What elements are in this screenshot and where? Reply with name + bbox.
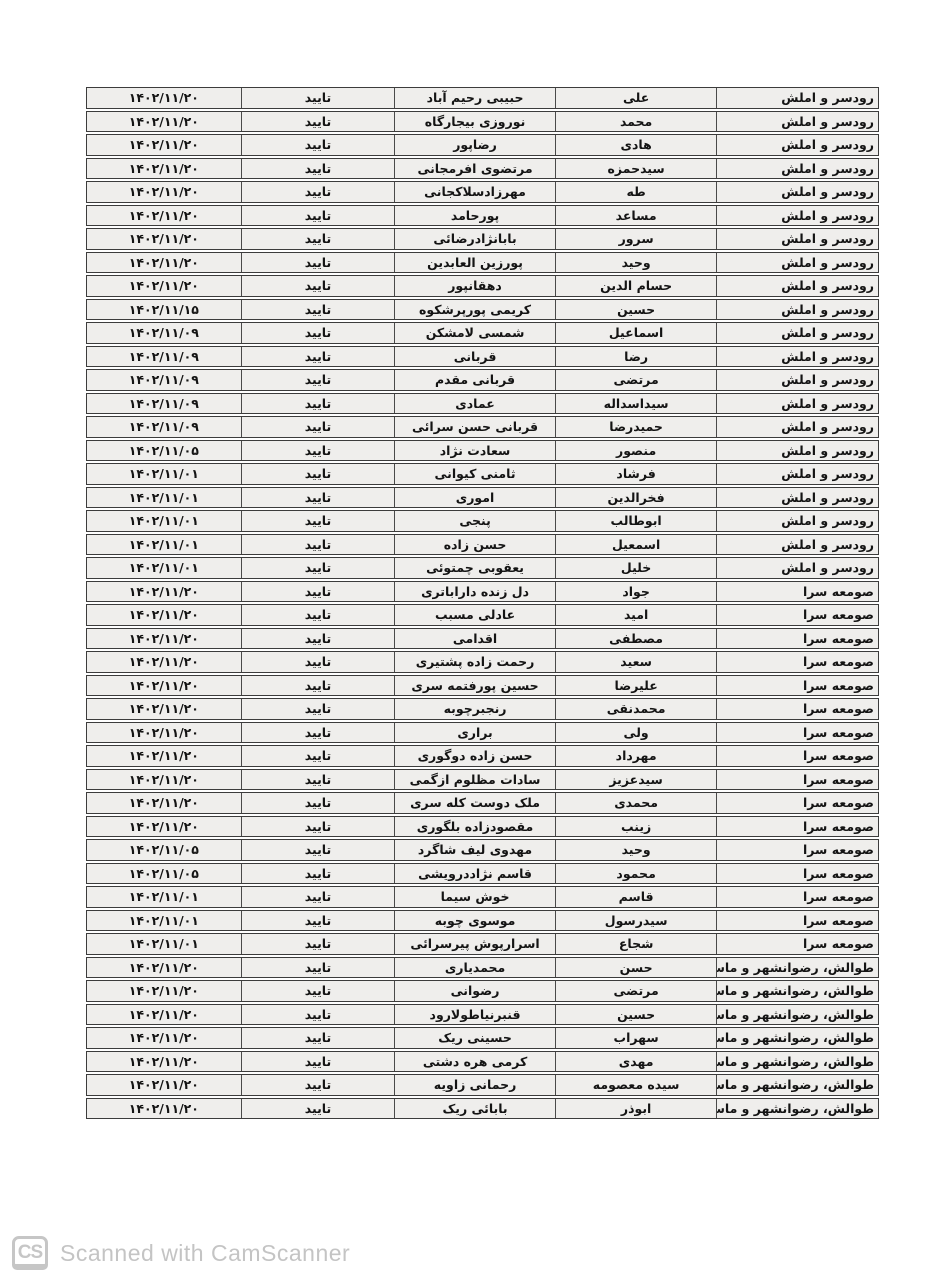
date-cell: ۱۴۰۲/۱۱/۲۰ (87, 88, 241, 108)
last-name-cell: قربانی (394, 347, 555, 367)
region-cell: رودسر و املش (716, 558, 878, 578)
first-name-cell: سعید (555, 652, 717, 672)
table-row: رودسر و املش ابوطالب پنجی تایید ۱۴۰۲/۱۱/… (86, 510, 879, 532)
last-name-cell: پورحامد (394, 206, 555, 226)
status-cell: تایید (241, 394, 395, 414)
date-cell: ۱۴۰۲/۱۱/۲۰ (87, 770, 241, 790)
last-name-cell: محمدیاری (394, 958, 555, 978)
status-cell: تایید (241, 629, 395, 649)
region-cell: صومعه سرا (716, 676, 878, 696)
first-name-cell: حسین (555, 300, 717, 320)
table-row: صومعه سرا سعید رحمت زاده پشتیری تایید ۱۴… (86, 651, 879, 673)
status-cell: تایید (241, 370, 395, 390)
table-row: صومعه سرا محمدی ملک دوست کله سری تایید ۱… (86, 792, 879, 814)
region-cell: رودسر و املش (716, 253, 878, 273)
table-row: طوالش، رضوانشهر و ماسال حسن محمدیاری تای… (86, 957, 879, 979)
table-row: رودسر و املش فرشاد ثامنی کیوانی تایید ۱۴… (86, 463, 879, 485)
table-row: رودسر و املش منصور سعادت نژاد تایید ۱۴۰۲… (86, 440, 879, 462)
table-row: رودسر و املش رضا قربانی تایید ۱۴۰۲/۱۱/۰۹ (86, 346, 879, 368)
table-row: رودسر و املش علی حبیبی رحیم آباد تایید ۱… (86, 87, 879, 109)
status-cell: تایید (241, 793, 395, 813)
status-cell: تایید (241, 652, 395, 672)
status-cell: تایید (241, 300, 395, 320)
region-cell: رودسر و املش (716, 135, 878, 155)
first-name-cell: مهرداد (555, 746, 717, 766)
status-cell: تایید (241, 817, 395, 837)
table-row: صومعه سرا ولی براری تایید ۱۴۰۲/۱۱/۲۰ (86, 722, 879, 744)
last-name-cell: کرمی هره دشتی (394, 1052, 555, 1072)
status-cell: تایید (241, 135, 395, 155)
status-cell: تایید (241, 182, 395, 202)
table-row: طوالش، رضوانشهر و ماسال سهراب حسینی ریک … (86, 1027, 879, 1049)
region-cell: طوالش، رضوانشهر و ماسال (716, 1075, 878, 1095)
region-cell: رودسر و املش (716, 370, 878, 390)
date-cell: ۱۴۰۲/۱۱/۱۵ (87, 300, 241, 320)
last-name-cell: یعقوبی چمتوئی (394, 558, 555, 578)
first-name-cell: وحید (555, 253, 717, 273)
table-row: رودسر و املش حسین کریمی پورپرشکوه تایید … (86, 299, 879, 321)
date-cell: ۱۴۰۲/۱۱/۰۱ (87, 887, 241, 907)
last-name-cell: براری (394, 723, 555, 743)
region-cell: رودسر و املش (716, 347, 878, 367)
date-cell: ۱۴۰۲/۱۱/۰۵ (87, 441, 241, 461)
date-cell: ۱۴۰۲/۱۱/۰۹ (87, 323, 241, 343)
date-cell: ۱۴۰۲/۱۱/۲۰ (87, 1052, 241, 1072)
table-row: صومعه سرا محمدنقی رنجبرچوبه تایید ۱۴۰۲/۱… (86, 698, 879, 720)
date-cell: ۱۴۰۲/۱۱/۲۰ (87, 229, 241, 249)
region-cell: رودسر و املش (716, 394, 878, 414)
region-cell: طوالش، رضوانشهر و ماسال (716, 1052, 878, 1072)
date-cell: ۱۴۰۲/۱۱/۰۹ (87, 417, 241, 437)
date-cell: ۱۴۰۲/۱۱/۲۰ (87, 981, 241, 1001)
date-cell: ۱۴۰۲/۱۱/۰۱ (87, 488, 241, 508)
status-cell: تایید (241, 1005, 395, 1025)
region-cell: رودسر و املش (716, 182, 878, 202)
table-row: صومعه سرا مصطفی اقدامی تایید ۱۴۰۲/۱۱/۲۰ (86, 628, 879, 650)
first-name-cell: مهدی (555, 1052, 717, 1072)
region-cell: صومعه سرا (716, 605, 878, 625)
table-row: رودسر و املش مرتضی قربانی مقدم تایید ۱۴۰… (86, 369, 879, 391)
region-cell: رودسر و املش (716, 417, 878, 437)
first-name-cell: محمدی (555, 793, 717, 813)
table-row: رودسر و املش مساعد پورحامد تایید ۱۴۰۲/۱۱… (86, 205, 879, 227)
status-cell: تایید (241, 1028, 395, 1048)
status-cell: تایید (241, 723, 395, 743)
region-cell: رودسر و املش (716, 323, 878, 343)
camscanner-logo-text: CS (18, 1242, 42, 1264)
date-cell: ۱۴۰۲/۱۱/۲۰ (87, 182, 241, 202)
last-name-cell: دهقانپور (394, 276, 555, 296)
first-name-cell: رضا (555, 347, 717, 367)
first-name-cell: علی (555, 88, 717, 108)
status-cell: تایید (241, 535, 395, 555)
date-cell: ۱۴۰۲/۱۱/۰۵ (87, 840, 241, 860)
last-name-cell: حسن زاده (394, 535, 555, 555)
region-cell: صومعه سرا (716, 746, 878, 766)
first-name-cell: فرشاد (555, 464, 717, 484)
status-cell: تایید (241, 699, 395, 719)
region-cell: صومعه سرا (716, 864, 878, 884)
date-cell: ۱۴۰۲/۱۱/۲۰ (87, 699, 241, 719)
date-cell: ۱۴۰۲/۱۱/۰۱ (87, 511, 241, 531)
table-row: صومعه سرا محمود قاسم نژاددرویشی تایید ۱۴… (86, 863, 879, 885)
last-name-cell: حسین پورفتمه سری (394, 676, 555, 696)
table-row: صومعه سرا شجاع اسرارپوش پیرسرائی تایید ۱… (86, 933, 879, 955)
first-name-cell: سیدحمزه (555, 159, 717, 179)
first-name-cell: حسن (555, 958, 717, 978)
last-name-cell: مهرزادسلاکجانی (394, 182, 555, 202)
date-cell: ۱۴۰۲/۱۱/۲۰ (87, 629, 241, 649)
last-name-cell: نوروزی بیجارگاه (394, 112, 555, 132)
region-cell: صومعه سرا (716, 887, 878, 907)
region-cell: صومعه سرا (716, 652, 878, 672)
last-name-cell: مهدوی لیف شاگرد (394, 840, 555, 860)
table-row: رودسر و املش محمد نوروزی بیجارگاه تایید … (86, 111, 879, 133)
date-cell: ۱۴۰۲/۱۱/۲۰ (87, 1028, 241, 1048)
status-cell: تایید (241, 958, 395, 978)
status-cell: تایید (241, 323, 395, 343)
date-cell: ۱۴۰۲/۱۱/۲۰ (87, 652, 241, 672)
table-row: رودسر و املش اسماعیل شمسی لامشکن تایید ۱… (86, 322, 879, 344)
last-name-cell: مرتضوی افرمجانی (394, 159, 555, 179)
date-cell: ۱۴۰۲/۱۱/۲۰ (87, 253, 241, 273)
table-row: طوالش، رضوانشهر و ماسال مهدی کرمی هره دش… (86, 1051, 879, 1073)
status-cell: تایید (241, 840, 395, 860)
first-name-cell: خلیل (555, 558, 717, 578)
last-name-cell: رحمت زاده پشتیری (394, 652, 555, 672)
last-name-cell: خوش سیما (394, 887, 555, 907)
last-name-cell: شمسی لامشکن (394, 323, 555, 343)
region-cell: صومعه سرا (716, 793, 878, 813)
status-cell: تایید (241, 511, 395, 531)
status-cell: تایید (241, 417, 395, 437)
last-name-cell: پورزین العابدین (394, 253, 555, 273)
first-name-cell: قاسم (555, 887, 717, 907)
status-cell: تایید (241, 558, 395, 578)
last-name-cell: رضوانی (394, 981, 555, 1001)
table-row: صومعه سرا قاسم خوش سیما تایید ۱۴۰۲/۱۱/۰۱ (86, 886, 879, 908)
last-name-cell: قربانی مقدم (394, 370, 555, 390)
status-cell: تایید (241, 887, 395, 907)
date-cell: ۱۴۰۲/۱۱/۲۰ (87, 746, 241, 766)
last-name-cell: پنجی (394, 511, 555, 531)
table-row: طوالش، رضوانشهر و ماسال ابوذر بابائی ریک… (86, 1098, 879, 1120)
table-row: رودسر و املش خلیل یعقوبی چمتوئی تایید ۱۴… (86, 557, 879, 579)
region-cell: رودسر و املش (716, 229, 878, 249)
first-name-cell: ولی (555, 723, 717, 743)
first-name-cell: فخرالدین (555, 488, 717, 508)
status-cell: تایید (241, 934, 395, 954)
date-cell: ۱۴۰۲/۱۱/۰۱ (87, 558, 241, 578)
last-name-cell: اقدامی (394, 629, 555, 649)
watermark-label: Scanned with CamScanner (60, 1240, 350, 1267)
status-cell: تایید (241, 746, 395, 766)
table-row: رودسر و املش حمیدرضا قربانی حسن سرائی تا… (86, 416, 879, 438)
date-cell: ۱۴۰۲/۱۱/۲۰ (87, 723, 241, 743)
last-name-cell: بابائی ریک (394, 1099, 555, 1119)
region-cell: صومعه سرا (716, 723, 878, 743)
region-cell: رودسر و املش (716, 88, 878, 108)
last-name-cell: رحمانی زاویه (394, 1075, 555, 1095)
status-cell: تایید (241, 159, 395, 179)
region-cell: طوالش، رضوانشهر و ماسال (716, 1028, 878, 1048)
date-cell: ۱۴۰۲/۱۱/۲۰ (87, 206, 241, 226)
date-cell: ۱۴۰۲/۱۱/۲۰ (87, 817, 241, 837)
date-cell: ۱۴۰۲/۱۱/۰۵ (87, 864, 241, 884)
table-row: طوالش، رضوانشهر و ماسال سیده معصومه رحما… (86, 1074, 879, 1096)
date-cell: ۱۴۰۲/۱۱/۲۰ (87, 276, 241, 296)
table-row: رودسر و املش هادی رضاپور تایید ۱۴۰۲/۱۱/۲… (86, 134, 879, 156)
date-cell: ۱۴۰۲/۱۱/۲۰ (87, 676, 241, 696)
last-name-cell: قربانی حسن سرائی (394, 417, 555, 437)
first-name-cell: سیداسداله (555, 394, 717, 414)
region-cell: صومعه سرا (716, 934, 878, 954)
first-name-cell: محمود (555, 864, 717, 884)
date-cell: ۱۴۰۲/۱۱/۲۰ (87, 793, 241, 813)
table-row: رودسر و املش وحید پورزین العابدین تایید … (86, 252, 879, 274)
table-row: طوالش، رضوانشهر و ماسال مرتضی رضوانی تای… (86, 980, 879, 1002)
status-cell: تایید (241, 253, 395, 273)
first-name-cell: سهراب (555, 1028, 717, 1048)
first-name-cell: جواد (555, 582, 717, 602)
first-name-cell: ابوطالب (555, 511, 717, 531)
first-name-cell: حمیدرضا (555, 417, 717, 437)
first-name-cell: سرور (555, 229, 717, 249)
region-cell: رودسر و املش (716, 511, 878, 531)
last-name-cell: سادات مظلوم ازگمی (394, 770, 555, 790)
first-name-cell: علیرضا (555, 676, 717, 696)
first-name-cell: هادی (555, 135, 717, 155)
status-cell: تایید (241, 1052, 395, 1072)
camscanner-watermark: CS Scanned with CamScanner (12, 1236, 350, 1270)
status-cell: تایید (241, 1099, 395, 1119)
date-cell: ۱۴۰۲/۱۱/۰۹ (87, 347, 241, 367)
table-row: صومعه سرا جواد دل زنده داراباتری تایید ۱… (86, 581, 879, 603)
scanned-document-page: رودسر و املش علی حبیبی رحیم آباد تایید ۱… (0, 0, 952, 1280)
last-name-cell: حسینی ریک (394, 1028, 555, 1048)
approval-table: رودسر و املش علی حبیبی رحیم آباد تایید ۱… (86, 87, 879, 1121)
last-name-cell: قنبرنیاطولارود (394, 1005, 555, 1025)
date-cell: ۱۴۰۲/۱۱/۲۰ (87, 159, 241, 179)
status-cell: تایید (241, 464, 395, 484)
region-cell: رودسر و املش (716, 300, 878, 320)
status-cell: تایید (241, 488, 395, 508)
last-name-cell: ثامنی کیوانی (394, 464, 555, 484)
date-cell: ۱۴۰۲/۱۱/۰۱ (87, 934, 241, 954)
table-row: صومعه سرا علیرضا حسین پورفتمه سری تایید … (86, 675, 879, 697)
table-row: رودسر و املش سیدحمزه مرتضوی افرمجانی تای… (86, 158, 879, 180)
first-name-cell: وحید (555, 840, 717, 860)
date-cell: ۱۴۰۲/۱۱/۲۰ (87, 582, 241, 602)
region-cell: رودسر و املش (716, 112, 878, 132)
region-cell: طوالش، رضوانشهر و ماسال (716, 1099, 878, 1119)
first-name-cell: مرتضی (555, 370, 717, 390)
table-row: صومعه سرا وحید مهدوی لیف شاگرد تایید ۱۴۰… (86, 839, 879, 861)
table-row: طوالش، رضوانشهر و ماسال حسین قنبرنیاطولا… (86, 1004, 879, 1026)
status-cell: تایید (241, 229, 395, 249)
region-cell: صومعه سرا (716, 699, 878, 719)
table-row: رودسر و املش اسمعیل حسن زاده تایید ۱۴۰۲/… (86, 534, 879, 556)
status-cell: تایید (241, 347, 395, 367)
table-row: صومعه سرا زینب مقصودزاده بلگوری تایید ۱۴… (86, 816, 879, 838)
date-cell: ۱۴۰۲/۱۱/۰۹ (87, 394, 241, 414)
date-cell: ۱۴۰۲/۱۱/۲۰ (87, 1075, 241, 1095)
last-name-cell: حبیبی رحیم آباد (394, 88, 555, 108)
last-name-cell: عادلی مسبب (394, 605, 555, 625)
table-row: صومعه سرا سیدرسول موسوی چوبه تایید ۱۴۰۲/… (86, 910, 879, 932)
region-cell: رودسر و املش (716, 535, 878, 555)
first-name-cell: حسین (555, 1005, 717, 1025)
camscanner-logo-icon: CS (12, 1236, 48, 1270)
region-cell: طوالش، رضوانشهر و ماسال (716, 1005, 878, 1025)
first-name-cell: سیدرسول (555, 911, 717, 931)
status-cell: تایید (241, 864, 395, 884)
region-cell: صومعه سرا (716, 629, 878, 649)
first-name-cell: اسمعیل (555, 535, 717, 555)
status-cell: تایید (241, 88, 395, 108)
table-row: صومعه سرا مهرداد حسن زاده دوگوری تایید ۱… (86, 745, 879, 767)
date-cell: ۱۴۰۲/۱۱/۲۰ (87, 112, 241, 132)
region-cell: رودسر و املش (716, 159, 878, 179)
region-cell: صومعه سرا (716, 770, 878, 790)
status-cell: تایید (241, 206, 395, 226)
first-name-cell: مساعد (555, 206, 717, 226)
first-name-cell: سیدعزیز (555, 770, 717, 790)
first-name-cell: مرتضی (555, 981, 717, 1001)
last-name-cell: رضاپور (394, 135, 555, 155)
region-cell: صومعه سرا (716, 582, 878, 602)
table-row: رودسر و املش طه مهرزادسلاکجانی تایید ۱۴۰… (86, 181, 879, 203)
first-name-cell: حسام الدین (555, 276, 717, 296)
last-name-cell: بابانژادرضائی (394, 229, 555, 249)
status-cell: تایید (241, 441, 395, 461)
status-cell: تایید (241, 582, 395, 602)
first-name-cell: محمد (555, 112, 717, 132)
date-cell: ۱۴۰۲/۱۱/۲۰ (87, 135, 241, 155)
table-row: رودسر و املش سیداسداله عمادی تایید ۱۴۰۲/… (86, 393, 879, 415)
date-cell: ۱۴۰۲/۱۱/۲۰ (87, 1005, 241, 1025)
first-name-cell: ابوذر (555, 1099, 717, 1119)
status-cell: تایید (241, 605, 395, 625)
region-cell: طوالش، رضوانشهر و ماسال (716, 958, 878, 978)
date-cell: ۱۴۰۲/۱۱/۲۰ (87, 1099, 241, 1119)
last-name-cell: دل زنده داراباتری (394, 582, 555, 602)
last-name-cell: قاسم نژاددرویشی (394, 864, 555, 884)
last-name-cell: عمادی (394, 394, 555, 414)
table-row: رودسر و املش فخرالدین اموری تایید ۱۴۰۲/۱… (86, 487, 879, 509)
last-name-cell: اموری (394, 488, 555, 508)
status-cell: تایید (241, 676, 395, 696)
region-cell: صومعه سرا (716, 817, 878, 837)
date-cell: ۱۴۰۲/۱۱/۲۰ (87, 958, 241, 978)
table-row: رودسر و املش حسام الدین دهقانپور تایید ۱… (86, 275, 879, 297)
last-name-cell: ملک دوست کله سری (394, 793, 555, 813)
region-cell: رودسر و املش (716, 488, 878, 508)
table-row: رودسر و املش سرور بابانژادرضائی تایید ۱۴… (86, 228, 879, 250)
table-row: صومعه سرا سیدعزیز سادات مظلوم ازگمی تایی… (86, 769, 879, 791)
last-name-cell: موسوی چوبه (394, 911, 555, 931)
first-name-cell: طه (555, 182, 717, 202)
date-cell: ۱۴۰۲/۱۱/۰۹ (87, 370, 241, 390)
region-cell: رودسر و املش (716, 276, 878, 296)
status-cell: تایید (241, 276, 395, 296)
last-name-cell: حسن زاده دوگوری (394, 746, 555, 766)
first-name-cell: شجاع (555, 934, 717, 954)
region-cell: رودسر و املش (716, 441, 878, 461)
first-name-cell: محمدنقی (555, 699, 717, 719)
first-name-cell: منصور (555, 441, 717, 461)
last-name-cell: سعادت نژاد (394, 441, 555, 461)
status-cell: تایید (241, 1075, 395, 1095)
status-cell: تایید (241, 112, 395, 132)
last-name-cell: اسرارپوش پیرسرائی (394, 934, 555, 954)
date-cell: ۱۴۰۲/۱۱/۲۰ (87, 605, 241, 625)
status-cell: تایید (241, 770, 395, 790)
last-name-cell: رنجبرچوبه (394, 699, 555, 719)
first-name-cell: امید (555, 605, 717, 625)
status-cell: تایید (241, 911, 395, 931)
region-cell: طوالش، رضوانشهر و ماسال (716, 981, 878, 1001)
region-cell: صومعه سرا (716, 911, 878, 931)
date-cell: ۱۴۰۲/۱۱/۰۱ (87, 464, 241, 484)
region-cell: رودسر و املش (716, 206, 878, 226)
first-name-cell: اسماعیل (555, 323, 717, 343)
first-name-cell: سیده معصومه (555, 1075, 717, 1095)
table-row: صومعه سرا امید عادلی مسبب تایید ۱۴۰۲/۱۱/… (86, 604, 879, 626)
date-cell: ۱۴۰۲/۱۱/۰۱ (87, 911, 241, 931)
region-cell: صومعه سرا (716, 840, 878, 860)
first-name-cell: زینب (555, 817, 717, 837)
first-name-cell: مصطفی (555, 629, 717, 649)
status-cell: تایید (241, 981, 395, 1001)
date-cell: ۱۴۰۲/۱۱/۰۱ (87, 535, 241, 555)
region-cell: رودسر و املش (716, 464, 878, 484)
last-name-cell: کریمی پورپرشکوه (394, 300, 555, 320)
last-name-cell: مقصودزاده بلگوری (394, 817, 555, 837)
